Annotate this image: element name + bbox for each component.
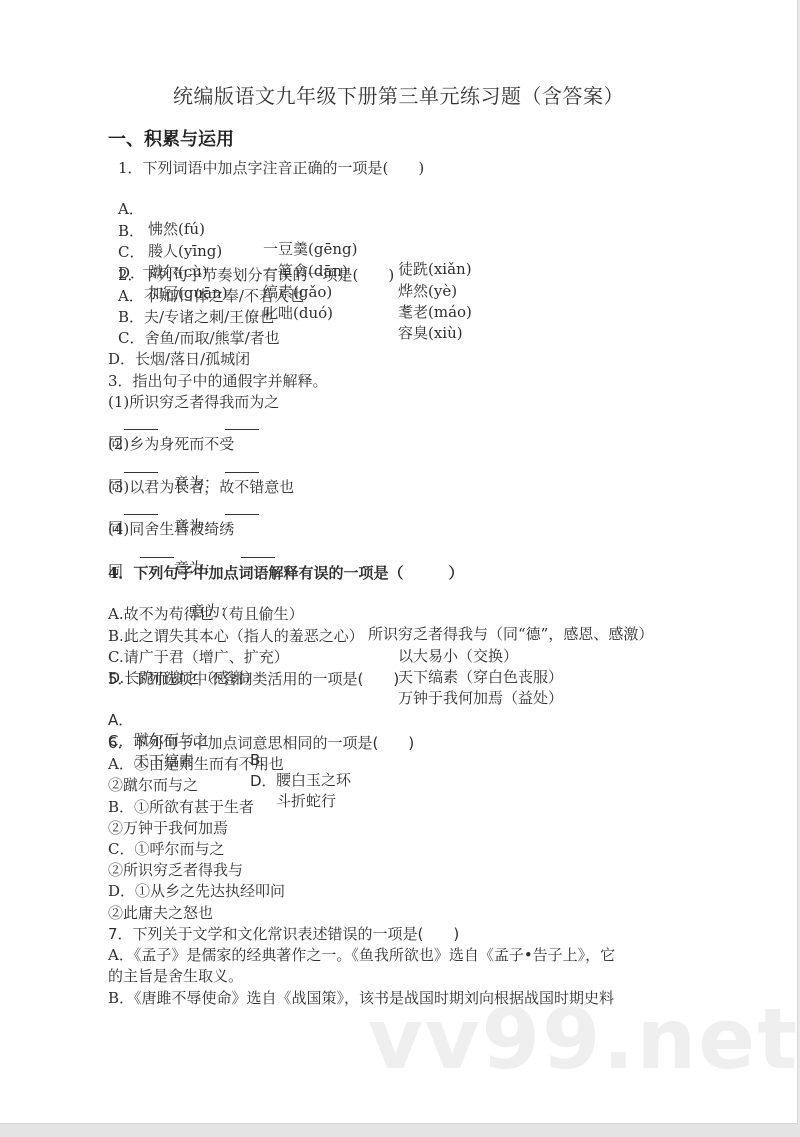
question-2-stem: 2．下列句子节奏划分有误的一项是( ) xyxy=(118,265,394,285)
option-item: C．舍鱼/而取/熊掌/者也 xyxy=(118,328,280,348)
question-6-stem: 6．下列句子中加点词意思相同的一项是( ) xyxy=(108,733,414,753)
answer-blank[interactable] xyxy=(225,458,259,473)
answer-blank[interactable] xyxy=(225,500,259,515)
page-title: 统编版语文九年级下册第三单元练习题（含答案） xyxy=(0,80,797,109)
option-label: D． xyxy=(250,771,277,791)
sentence: (2)乡为身死而不受 xyxy=(108,434,234,454)
answer-blank[interactable] xyxy=(225,415,259,430)
answer-blank[interactable] xyxy=(124,415,158,430)
sentence: (3)以君为长者，故不错意也 xyxy=(108,477,294,497)
option-item: B．《唐雎不辱使命》选自《战国策》，该书是战国时期刘向根据战国时期史料 xyxy=(108,988,614,1008)
option-item: B．夫/专诸之刺/王僚也 xyxy=(118,307,274,327)
answer-blank[interactable] xyxy=(124,500,158,515)
page-gutter xyxy=(0,1124,800,1137)
question-4-stem: 4．下列句子中加点词语解释有误的一项是（ ） xyxy=(108,563,463,583)
answer-blank[interactable] xyxy=(124,458,158,473)
option-item: ②万钟于我何加焉 xyxy=(108,818,228,838)
option-item: ②所识穷乏者得我与 xyxy=(108,860,243,880)
question-1-stem: 1．下列词语中加点字注音正确的一项是( ) xyxy=(118,158,424,178)
section-heading: 一、积累与运用 xyxy=(108,125,234,151)
sentence: (4)同舍生皆被绮绣 xyxy=(108,519,234,539)
option-item: D．①从乡之先达执经叩问 xyxy=(108,881,285,901)
option-item: A．《孟子》是儒家的经典著作之一。《鱼我所欲也》选自《孟子•告子上》，它 xyxy=(108,945,615,965)
option-item: A．不知/口体之奉/不若人也 xyxy=(118,286,304,306)
question-5-stem: 5．下列选项中不含词类活用的一项是( ) xyxy=(108,669,399,689)
option-item: 斗折蛇行 xyxy=(276,791,336,811)
option-item: 容臭(xiù) xyxy=(398,323,463,343)
option-item: A．①由是则生而有不用也 xyxy=(108,754,284,774)
option-item: B．①所欲有甚于生者 xyxy=(108,797,254,817)
answer-blank[interactable] xyxy=(241,543,275,558)
question-3-stem: 3．指出句子中的通假字并解释。 xyxy=(108,371,328,391)
document-content: 统编版语文九年级下册第三单元练习题（含答案） 一、积累与运用 1．下列词语中加点… xyxy=(0,0,797,1123)
option-item: 的主旨是舍生取义。 xyxy=(108,966,243,986)
option-item: ②此庸夫之怒也 xyxy=(108,903,213,923)
sentence: (1)所识穷乏者得我而为之 xyxy=(108,392,279,412)
question-7-stem: 7．下列关于文学和文化常识表述错误的一项是( ) xyxy=(108,924,459,944)
option-item: ②蹴尔而与之 xyxy=(108,775,198,795)
option-item: C．①呼尔而与之 xyxy=(108,839,224,859)
option-item: D．长烟/落日/孤城闭 xyxy=(108,349,250,369)
answer-blank[interactable] xyxy=(140,543,174,558)
option-item: 万钟于我何加焉（益处） xyxy=(398,688,563,708)
